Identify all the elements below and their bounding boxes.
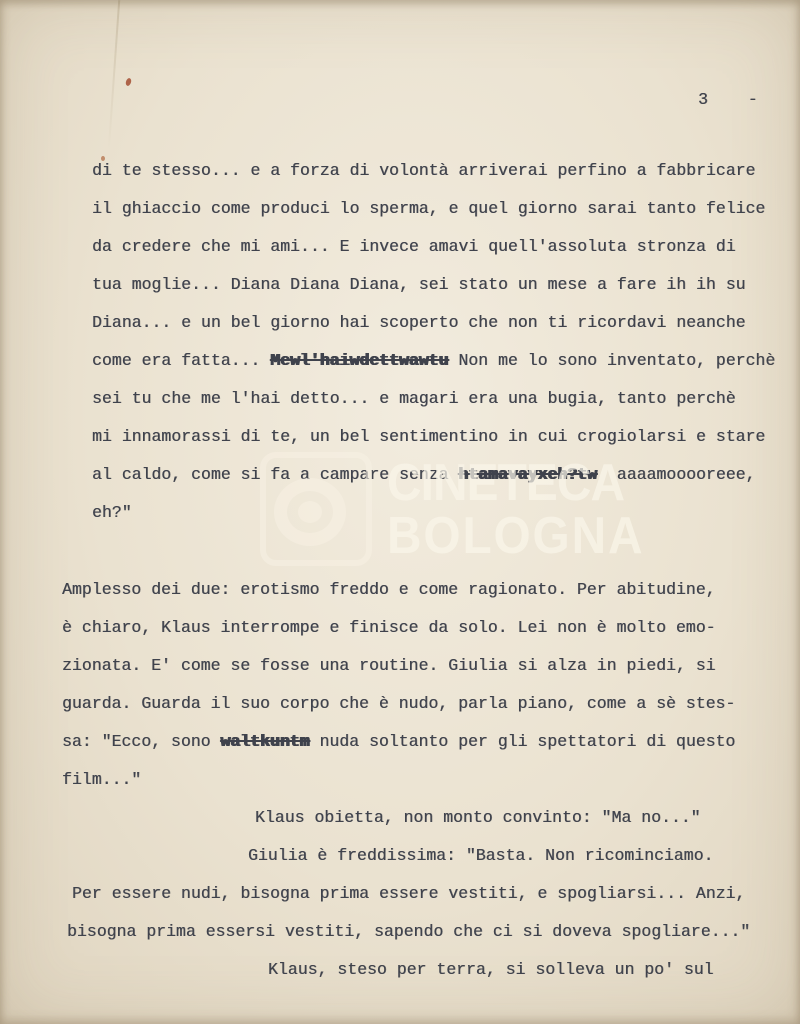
text-segment: nuda soltanto per gli spettatori di ques…	[310, 732, 736, 751]
text-line: di te stesso... e a forza di volontà arr…	[92, 152, 775, 190]
text-line: al caldo, come si fa a campare senza hta…	[92, 456, 775, 494]
struck-out-text: Mewl'haiwdettwawtu	[270, 351, 448, 370]
text-line: Giulia è freddissima: "Basta. Non ricomi…	[248, 837, 750, 875]
text-line: sa: "Ecco, sono waltkuntm nuda soltanto …	[62, 723, 750, 761]
page-number: 3 -	[698, 90, 758, 109]
text-line: eh?"	[92, 494, 775, 532]
text-line: il ghiaccio come produci lo sperma, e qu…	[92, 190, 775, 228]
text-segment: sa: "Ecco, sono	[62, 732, 220, 751]
text-line: come era fatta... Mewl'haiwdettwawtu Non…	[92, 342, 775, 380]
text-segment: come era fatta...	[92, 351, 270, 370]
text-line: da credere che mi ami... E invece amavi …	[92, 228, 775, 266]
text-line: zionata. E' come se fosse una routine. G…	[62, 647, 750, 685]
text-line: sei tu che me l'hai detto... e magari er…	[92, 380, 775, 418]
text-line: Klaus obietta, non monto convinto: "Ma n…	[255, 799, 750, 837]
text-line: Per essere nudi, bisogna prima essere ve…	[72, 875, 750, 913]
text-line: Amplesso dei due: erotismo freddo e come…	[62, 571, 750, 609]
text-line: guarda. Guarda il suo corpo che è nudo, …	[62, 685, 750, 723]
text-segment: Non me lo sono inventato, perchè	[448, 351, 775, 370]
text-segment: aaaamooooreee,	[597, 465, 755, 484]
scene-description-paragraph: Amplesso dei due: erotismo freddo e come…	[62, 571, 750, 989]
text-segment: al caldo, come si fa a campare senza	[92, 465, 458, 484]
text-line: film..."	[62, 761, 750, 799]
text-line: bisogna prima essersi vestiti, sapendo c…	[67, 913, 750, 951]
text-line: tua moglie... Diana Diana Diana, sei sta…	[92, 266, 775, 304]
text-line: è chiaro, Klaus interrompe e finisce da …	[62, 609, 750, 647]
struck-out-text: waltkuntm	[220, 732, 309, 751]
text-line: Klaus, steso per terra, si solleva un po…	[268, 951, 750, 989]
struck-out-text: htamavayxeh?tw	[458, 465, 597, 484]
text-line: Diana... e un bel giorno hai scoperto ch…	[92, 304, 775, 342]
monologue-paragraph: di te stesso... e a forza di volontà arr…	[92, 152, 775, 532]
text-line: mi innamorassi di te, un bel sentimentin…	[92, 418, 775, 456]
